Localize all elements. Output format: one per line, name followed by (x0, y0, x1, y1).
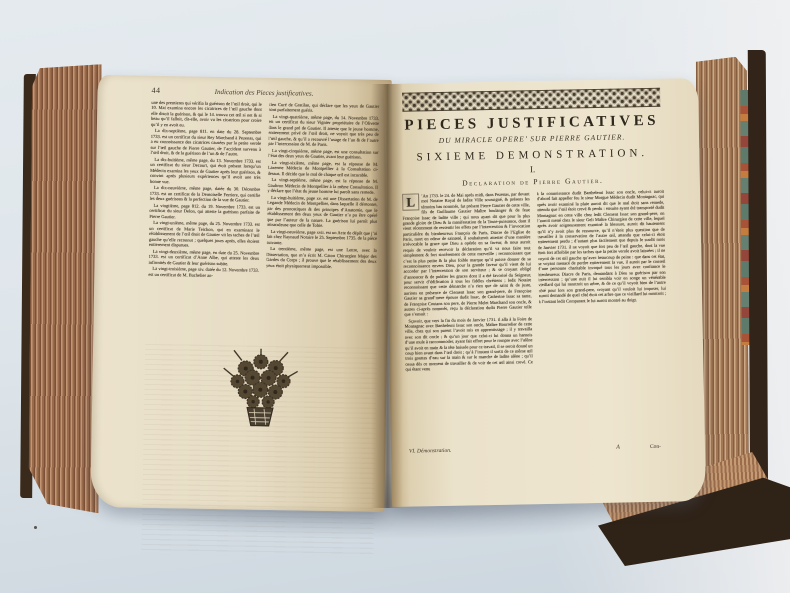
left-page-text-columns: une des premieres qui vérifia la guériso… (147, 100, 379, 341)
left-page: 44 Indication des Pieces justificatives.… (90, 75, 391, 512)
paragraph: La dix-huitième, même page, du 13. Novem… (150, 157, 261, 186)
drop-cap-initial: L (402, 193, 419, 210)
footer-demonstration-label: VI. Démonstration. (409, 448, 451, 455)
running-head: Indication des Pieces justificatives. (160, 87, 367, 99)
right-page-text-columns: L’An 1733. le 24. de Mai après midi, dan… (402, 189, 669, 446)
paragraph: La dix-septième, page 811. en date du 28… (150, 128, 261, 157)
paragraph: une des premieres qui vérifia la guériso… (151, 100, 262, 129)
paragraph: La vingt-troisième, page xiv. datée du 1… (148, 266, 259, 279)
book-photograph: 44 Indication des Pieces justificatives.… (0, 0, 790, 593)
signature-mark: A (616, 445, 620, 451)
left-page-column-2: cien Curé de Gratilan, qui déclare que l… (265, 102, 380, 341)
declaration-heading: Declaration de Pierre Gautier. (402, 175, 664, 189)
page-showthrough-texture (141, 344, 377, 558)
paragraph: La vingt-sixième, même page, est la répo… (268, 160, 379, 178)
paragraph-with-initial: L’An 1733. le 24. de Mai après midi, dan… (402, 191, 532, 317)
left-page-column-1: une des premieres qui vérifia la guériso… (147, 100, 262, 339)
paragraph: La vingt-deuxième, même page, en date du… (149, 248, 260, 266)
paragraph: La vingt-cinquième, même page, est une c… (268, 148, 379, 161)
right-page: PIECES JUSTIFICATIVES DU MIRACLE OPERE’ … (384, 78, 706, 507)
paragraph: cien Curé de Gratilan, qui déclare que l… (269, 102, 380, 115)
dust-speck (34, 526, 37, 529)
paragraph: La vingt-septième, même page, est la rép… (267, 177, 378, 195)
right-page-column-1: L’An 1733. le 24. de Mai après midi, dan… (402, 191, 534, 445)
paragraph: La vingt-quatrième, même page, du 14. No… (268, 114, 379, 149)
paragraph: La vingt-huitième, page xv. est une Diss… (267, 195, 378, 230)
paragraph-text: ’An 1733. le 24. de Mai après midi, dans… (402, 191, 531, 317)
paragraph: La vingt-unième, même page, du 25. Novem… (149, 220, 260, 249)
paragraph: Sçavoir, que vers la fin du mois de Janv… (404, 316, 533, 372)
section-heading: SIXIEME DEMONSTRATION. (401, 147, 663, 164)
catchword: Con- (650, 444, 661, 450)
gutter-shadow (371, 84, 403, 508)
lace-band-ornament (402, 88, 660, 112)
paragraph: La trentième, même page, est une Lettre,… (266, 246, 377, 270)
page-number: 44 (151, 86, 160, 95)
page-footer: VI. Démonstration. A Con- (407, 444, 669, 455)
paragraph: à la connoissance dudit Barthelemi Issac… (537, 189, 667, 304)
paragraph: La vingtième, page 812. du 19. Novembre … (149, 203, 260, 221)
page-title: PIECES JUSTIFICATIVES (401, 113, 663, 135)
right-page-column-2: à la connoissance dudit Barthelemi Issac… (537, 189, 669, 443)
paragraph: La dix-neuvième, même page, datée du 30.… (150, 185, 261, 203)
paragraph: La vingt-neuvième, page xvii. est un Act… (266, 229, 377, 247)
